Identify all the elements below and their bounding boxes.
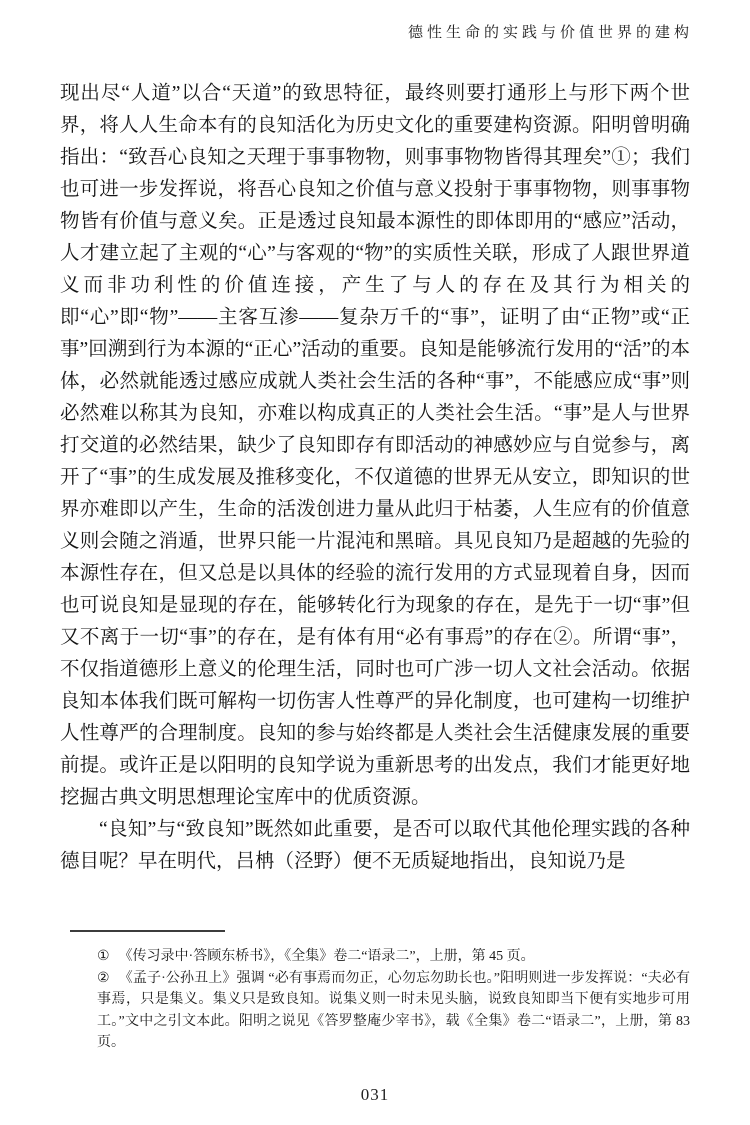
footnote-item: ②《孟子·公孙丑上》强调 “必有事焉而勿正，心勿忘勿助长也。”阳明则进一步发挥说… xyxy=(97,968,690,1054)
body-text-block: 现出尽“人道”以合“天道”的致思特征，最终则要打通形上与形下两个世界，将人人生命… xyxy=(60,78,690,878)
footnote-text: 《传习录中·答顾东桥书》，《全集》卷二“语录二”，上册，第 45 页。 xyxy=(119,949,535,964)
body-paragraph: 现出尽“人道”以合“天道”的致思特征，最终则要打通形上与形下两个世界，将人人生命… xyxy=(60,78,690,814)
book-page: 德性生命的实践与价值世界的建构 现出尽“人道”以合“天道”的致思特征，最终则要打… xyxy=(0,0,750,1125)
footnote-area: ①《传习录中·答顾东桥书》，《全集》卷二“语录二”，上册，第 45 页。 ②《孟… xyxy=(60,930,690,1054)
footnote-marker: ① xyxy=(97,946,110,968)
running-head: 德性生命的实践与价值世界的建构 xyxy=(408,21,693,42)
page-number: 031 xyxy=(0,1085,750,1105)
footnote-separator xyxy=(70,930,225,932)
footnote-text: 《孟子·公孙丑上》强调 “必有事焉而勿正，心勿忘勿助长也。”阳明则进一步发挥说：… xyxy=(97,971,690,1051)
footnote-item: ①《传习录中·答顾东桥书》，《全集》卷二“语录二”，上册，第 45 页。 xyxy=(97,946,690,968)
body-paragraph: “良知”与“致良知”既然如此重要，是否可以取代其他伦理实践的各种德目呢？早在明代… xyxy=(60,814,690,878)
footnote-marker: ② xyxy=(97,968,110,990)
